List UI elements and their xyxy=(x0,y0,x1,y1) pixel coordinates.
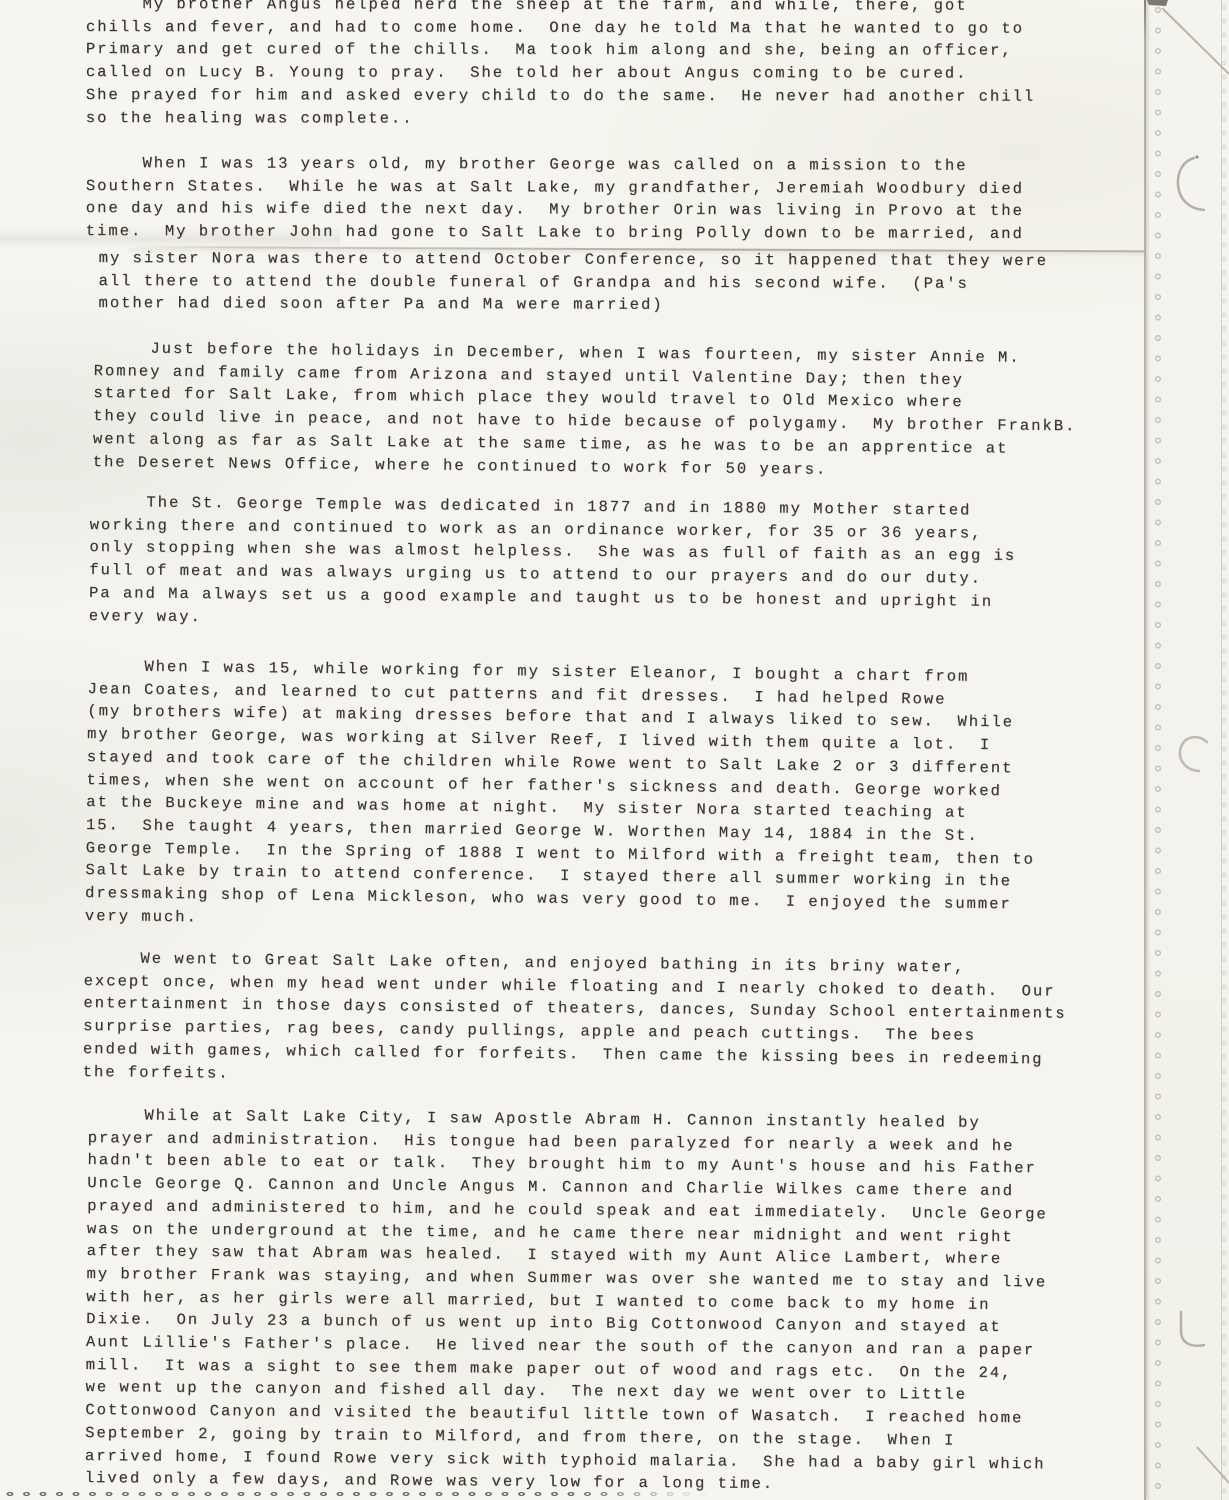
text-line: mother had died soon after Pa and Ma wer… xyxy=(98,292,1047,318)
page-edge-line xyxy=(1144,0,1146,1500)
paragraph-7: While at Salt Lake City, I saw Apostle A… xyxy=(85,1104,1049,1498)
text-line: Southern States. While he was at Salt La… xyxy=(86,175,1048,201)
paragraph-6: We went to Great Salt Lake often, and en… xyxy=(83,947,1068,1094)
text-line: all there to attend the double funeral o… xyxy=(99,270,1048,296)
text-line: She prayed for him and asked every child… xyxy=(86,84,1035,108)
text-line: When I was 13 years old, my brother Geor… xyxy=(86,152,1048,178)
text-line: chills and fever, and had to come home. … xyxy=(86,16,1035,40)
paragraph-4: The St. George Temple was dedicated in 1… xyxy=(89,491,1017,636)
text-line: so the healing was complete.. xyxy=(86,107,1035,131)
typewritten-text: My brother Angus helped herd the sheep a… xyxy=(0,0,1146,1500)
perforation-dots xyxy=(1150,0,1167,1500)
scanned-document-page: My brother Angus helped herd the sheep a… xyxy=(0,0,1229,1500)
crease-shadow xyxy=(0,226,340,248)
text-line: My brother Angus helped herd the sheep a… xyxy=(86,0,1035,17)
paragraph-1: My brother Angus helped herd the sheep a… xyxy=(86,0,1036,131)
document-sheet: My brother Angus helped herd the sheep a… xyxy=(0,0,1146,1500)
perforation-dashes xyxy=(2,1489,712,1499)
text-line: Primary and get cured of the chills. Ma … xyxy=(86,38,1035,62)
text-line: one day and his wife died the next day. … xyxy=(86,197,1048,223)
text-line: called on Lucy B. Young to pray. She tol… xyxy=(86,61,1035,85)
paragraph-5: When I was 15, while working for my sist… xyxy=(85,655,1038,939)
paragraph-3: Just before the holidays in December, wh… xyxy=(93,337,1078,484)
back-sheet-edge-line xyxy=(1221,0,1222,1500)
